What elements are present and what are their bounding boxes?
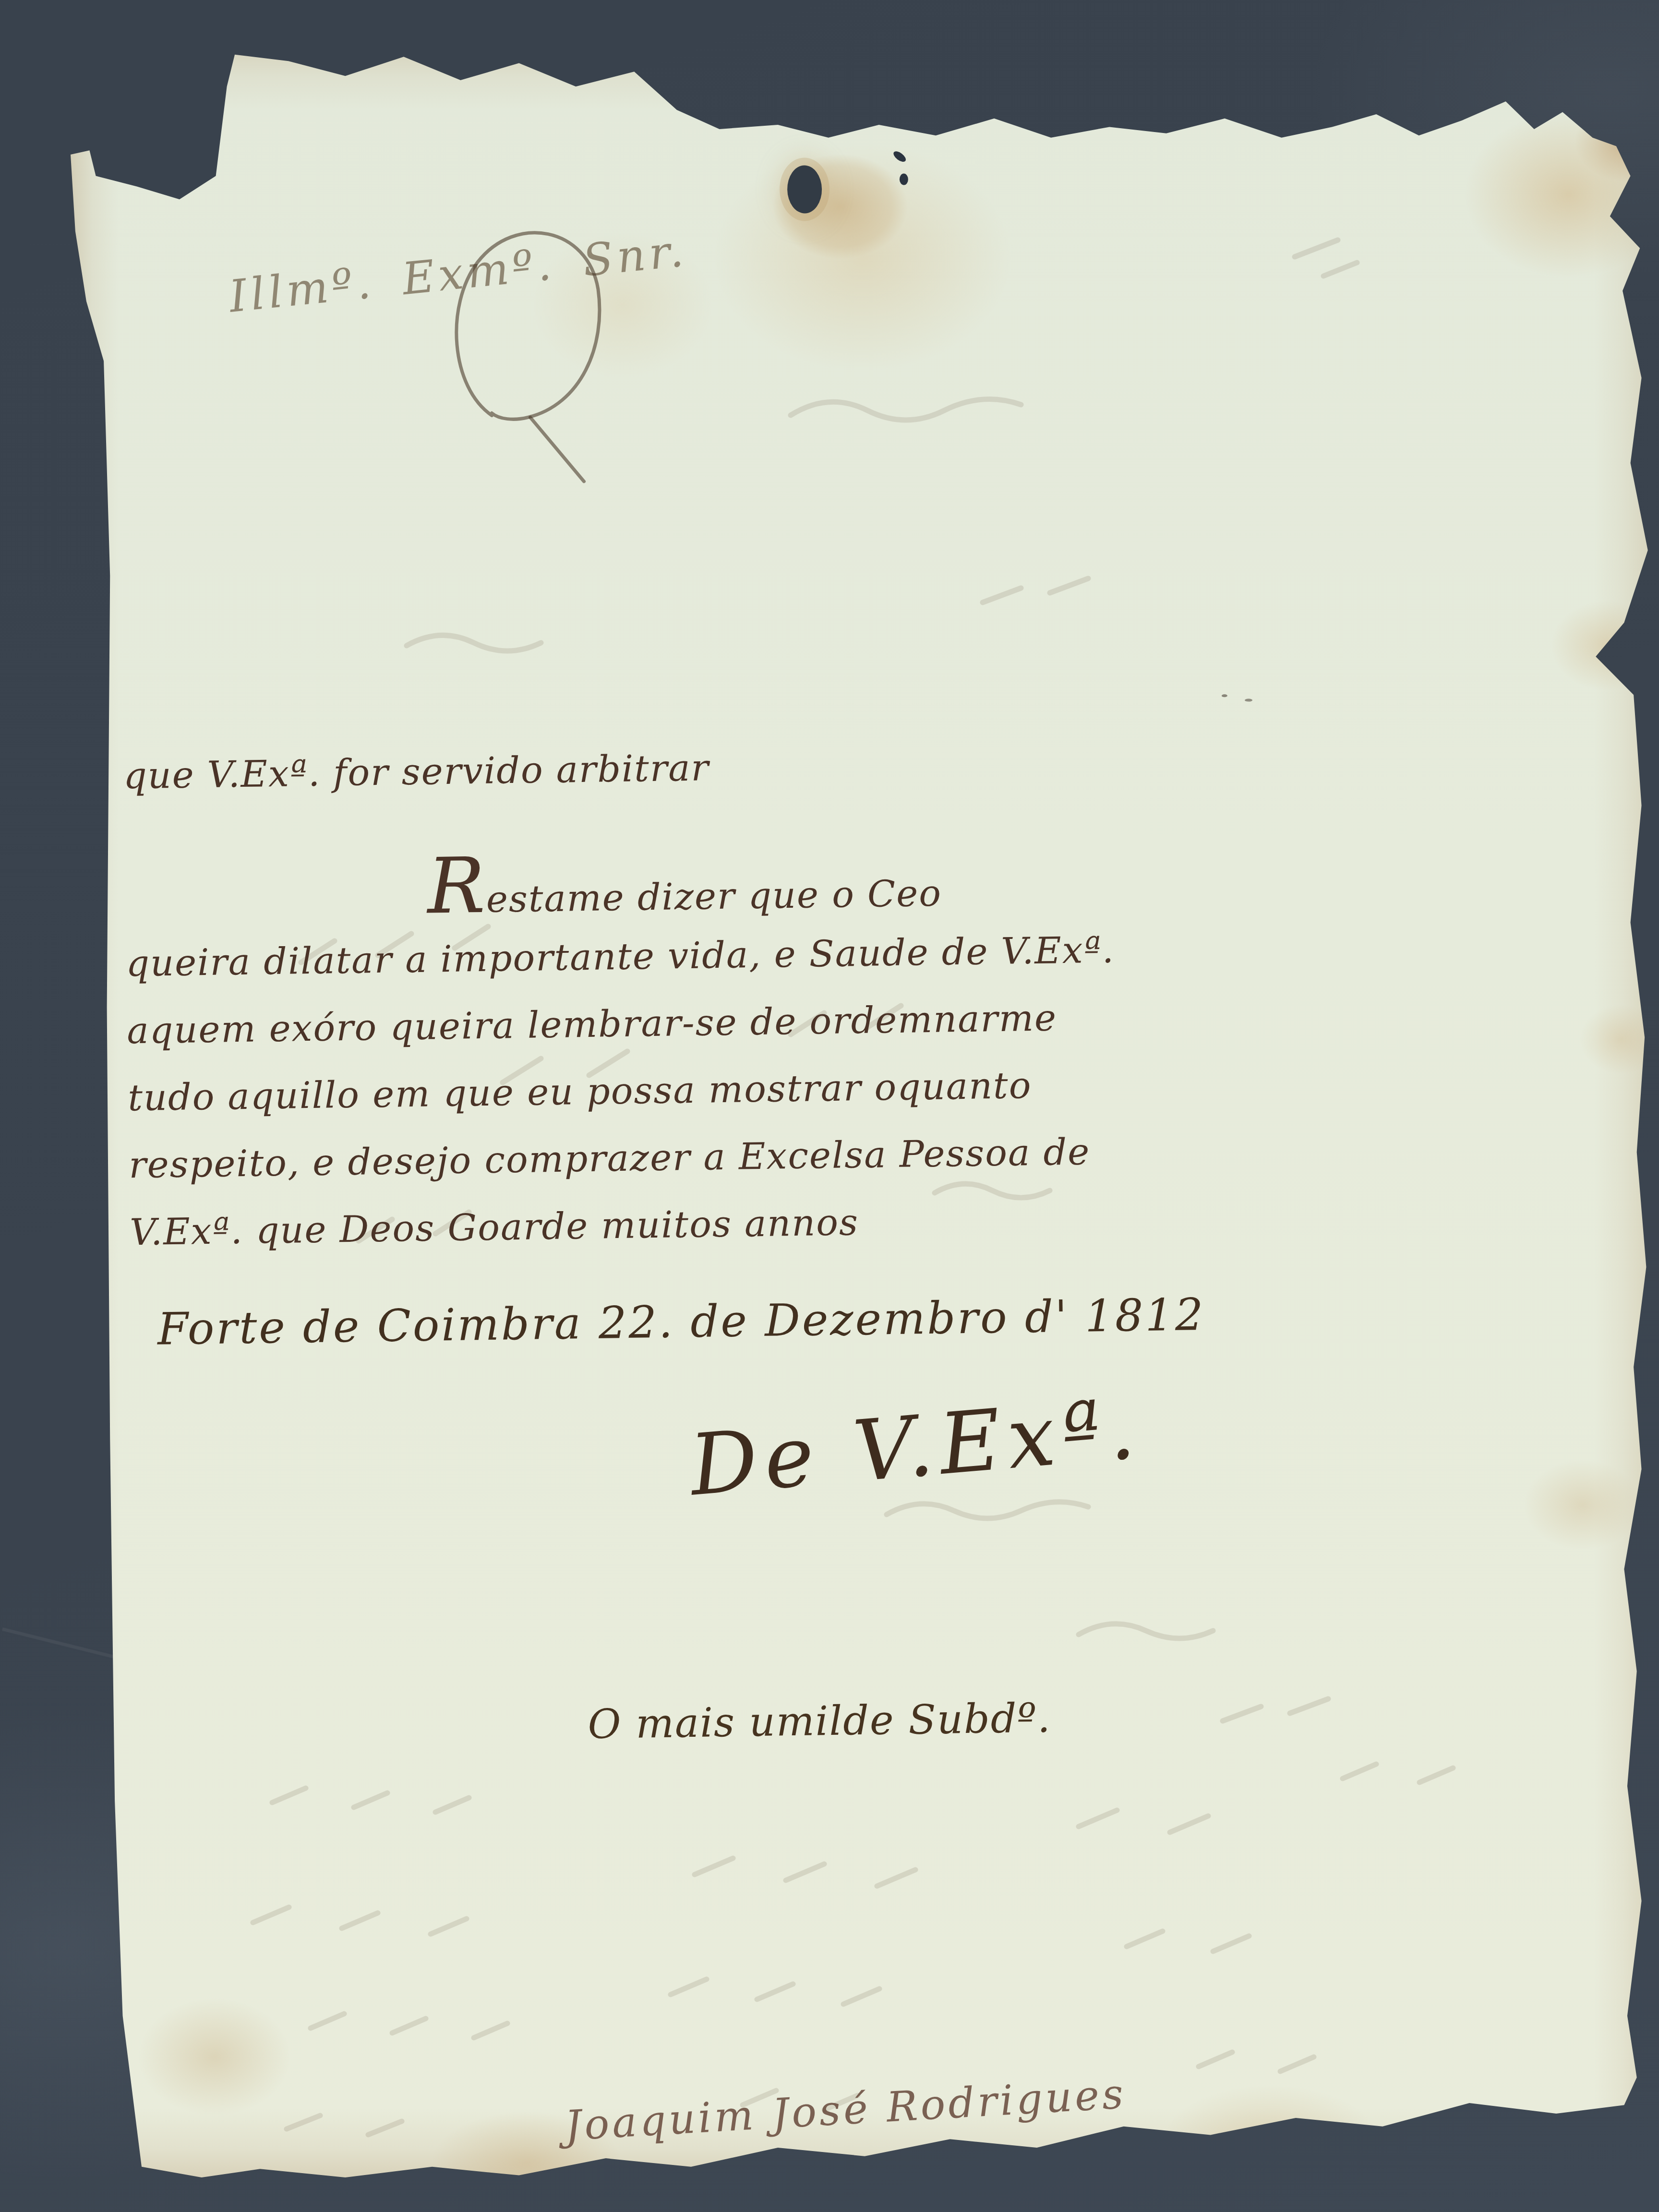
photo-background: { "colors": { "background": "#39424d", "… — [0, 0, 1659, 2212]
salutation-flourish-icon — [444, 212, 611, 483]
body-line-3: aquem exóro queira lembrar-se de ordemna… — [127, 996, 1058, 1052]
signature: Joaquim José Rodrigues — [564, 2070, 1127, 2150]
body-line-6: V.Exª. que Deos Goarde muitos annos — [130, 1201, 859, 1253]
letter-content: Illmº. Exmº. Snr. que V.Exª. for servido… — [56, 39, 1659, 2188]
ink-speck — [1245, 699, 1252, 702]
ink-speck — [1222, 694, 1227, 697]
body-line-4: tudo aquillo em que eu possa mostrar oqu… — [128, 1064, 1032, 1119]
punch-hole — [787, 165, 822, 214]
body-line-2: queira dilatar a importante vida, e Saud… — [126, 928, 1115, 985]
body-line-1: Restame dizer que o Ceo — [125, 861, 942, 926]
subscription: O mais umilde Subdº. — [588, 1695, 1051, 1748]
ink-speck — [892, 149, 908, 164]
opening-line: que V.Exª. for servido arbitrar — [123, 746, 709, 797]
ink-speck — [900, 173, 908, 185]
letter-paper: Illmº. Exmº. Snr. que V.Exª. for servido… — [71, 50, 1649, 2177]
body-line-5: respeito, e desejo comprazer a Excelsa P… — [129, 1130, 1091, 1186]
dateline: Forte de Coimbra 22. de Dezembro d' 1812 — [157, 1289, 1205, 1355]
valediction: De V.Exª. — [686, 1380, 1145, 1515]
